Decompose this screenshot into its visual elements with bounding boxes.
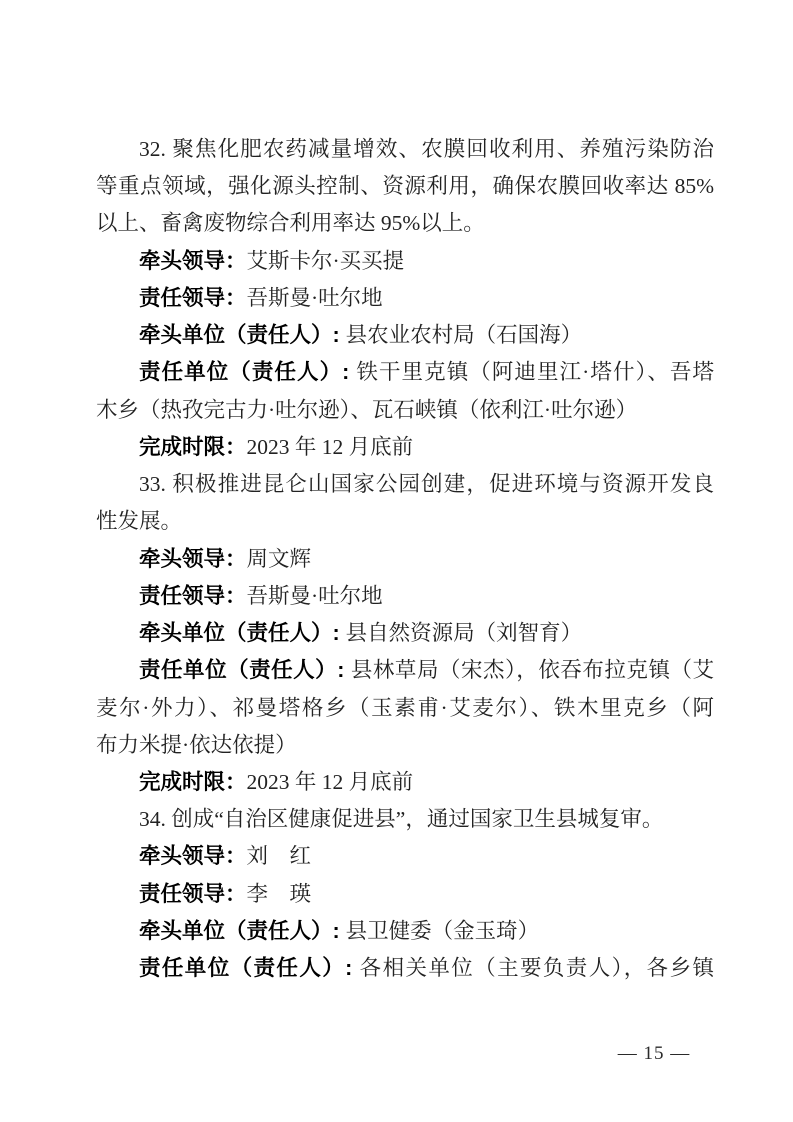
field-label: 牵头领导： [139,844,247,868]
page-number: — 15 — [601,1040,707,1068]
text-line: 责任领导：吾斯曼·吐尔地 [96,578,714,615]
line-text: 吾斯曼·吐尔地 [247,286,383,310]
document-page: 32. 聚焦化肥农药减量增效、农膜回收利用、养殖污染防治等重点领域，强化源头控制… [0,0,793,1122]
text-line: 牵头领导：刘 红 [96,838,714,875]
field-label: 责任单位（责任人）: [139,360,356,384]
field-label: 牵头单位（责任人）: [139,919,346,943]
line-text: 县自然资源局（刘智育） [346,621,583,645]
text-line: 牵头单位（责任人）: 县自然资源局（刘智育） [96,615,714,652]
text-line: 以上、畜禽废物综合利用率达 95%以上。 [96,205,714,242]
field-label: 责任单位（责任人）: [139,956,360,980]
line-text: 33. 积极推进昆仑山国家公园创建，促进环境与资源开发良 [139,472,714,496]
line-text: 县林草局（宋杰），依吞布拉克镇（艾 [351,658,714,682]
field-label: 完成时限： [139,770,247,794]
text-line: 牵头单位（责任人）: 县农业农村局（石国海） [96,317,714,354]
line-text: 性发展。 [96,509,182,533]
line-text: 32. 聚焦化肥农药减量增效、农膜回收利用、养殖污染防治 [139,137,714,161]
line-text: 吾斯曼·吐尔地 [247,584,383,608]
field-label: 责任单位（责任人）: [139,658,351,682]
text-line: 完成时限：2023 年 12 月底前 [96,429,714,466]
line-text: 木乡（热孜完古力·吐尔逊）、瓦石峡镇（依利江·吐尔逊） [96,398,637,422]
text-line: 责任单位（责任人）: 县林草局（宋杰），依吞布拉克镇（艾 [96,652,714,689]
text-line: 32. 聚焦化肥农药减量增效、农膜回收利用、养殖污染防治 [96,131,714,168]
field-label: 责任领导： [139,584,247,608]
text-line: 布力米提·依达依提） [96,727,714,764]
text-line: 完成时限：2023 年 12 月底前 [96,764,714,801]
field-label: 牵头领导： [139,547,247,571]
line-text: 铁干里克镇（阿迪里江·塔什）、吾塔 [356,360,714,384]
line-text: 以上、畜禽废物综合利用率达 95%以上。 [96,211,485,235]
line-text: 县卫健委（金玉琦） [346,919,540,943]
text-line: 责任领导：吾斯曼·吐尔地 [96,280,714,317]
field-label: 牵头领导： [139,249,247,273]
field-label: 完成时限： [139,435,247,459]
line-text: 34. 创成“自治区健康促进县”，通过国家卫生县城复审。 [139,807,663,831]
text-line: 责任单位（责任人）: 铁干里克镇（阿迪里江·塔什）、吾塔 [96,354,714,391]
field-label: 牵头单位（责任人）: [139,323,346,347]
text-line: 33. 积极推进昆仑山国家公园创建，促进环境与资源开发良 [96,466,714,503]
text-line: 等重点领域，强化源头控制、资源利用，确保农膜回收率达 85% [96,168,714,205]
text-line: 牵头单位（责任人）: 县卫健委（金玉琦） [96,913,714,950]
field-label: 责任领导： [139,882,247,906]
line-text: 刘 红 [247,844,312,868]
text-line: 34. 创成“自治区健康促进县”，通过国家卫生县城复审。 [96,801,714,838]
line-text: 2023 年 12 月底前 [247,435,414,459]
text-line: 性发展。 [96,503,714,540]
text-line: 木乡（热孜完古力·吐尔逊）、瓦石峡镇（依利江·吐尔逊） [96,392,714,429]
field-label: 责任领导： [139,286,247,310]
field-label: 牵头单位（责任人）: [139,621,346,645]
line-text: 县农业农村局（石国海） [346,323,583,347]
line-text: 麦尔·外力）、祁曼塔格乡（玉素甫·艾麦尔）、铁木里克乡（阿 [96,696,714,720]
document-body: 32. 聚焦化肥农药减量增效、农膜回收利用、养殖污染防治等重点领域，强化源头控制… [96,131,714,987]
text-line: 麦尔·外力）、祁曼塔格乡（玉素甫·艾麦尔）、铁木里克乡（阿 [96,690,714,727]
text-line: 责任单位（责任人）: 各相关单位（主要负责人），各乡镇（乡 [96,950,714,987]
line-text: 周文辉 [247,547,312,571]
text-line: 牵头领导：周文辉 [96,541,714,578]
line-text: 李 瑛 [247,882,312,906]
line-text: 2023 年 12 月底前 [247,770,414,794]
text-line: 责任领导：李 瑛 [96,876,714,913]
line-text: 布力米提·依达依提） [96,733,297,757]
line-text: 艾斯卡尔·买买提 [247,249,405,273]
line-text: 等重点领域，强化源头控制、资源利用，确保农膜回收率达 85% [96,174,714,198]
text-line: 牵头领导：艾斯卡尔·买买提 [96,243,714,280]
